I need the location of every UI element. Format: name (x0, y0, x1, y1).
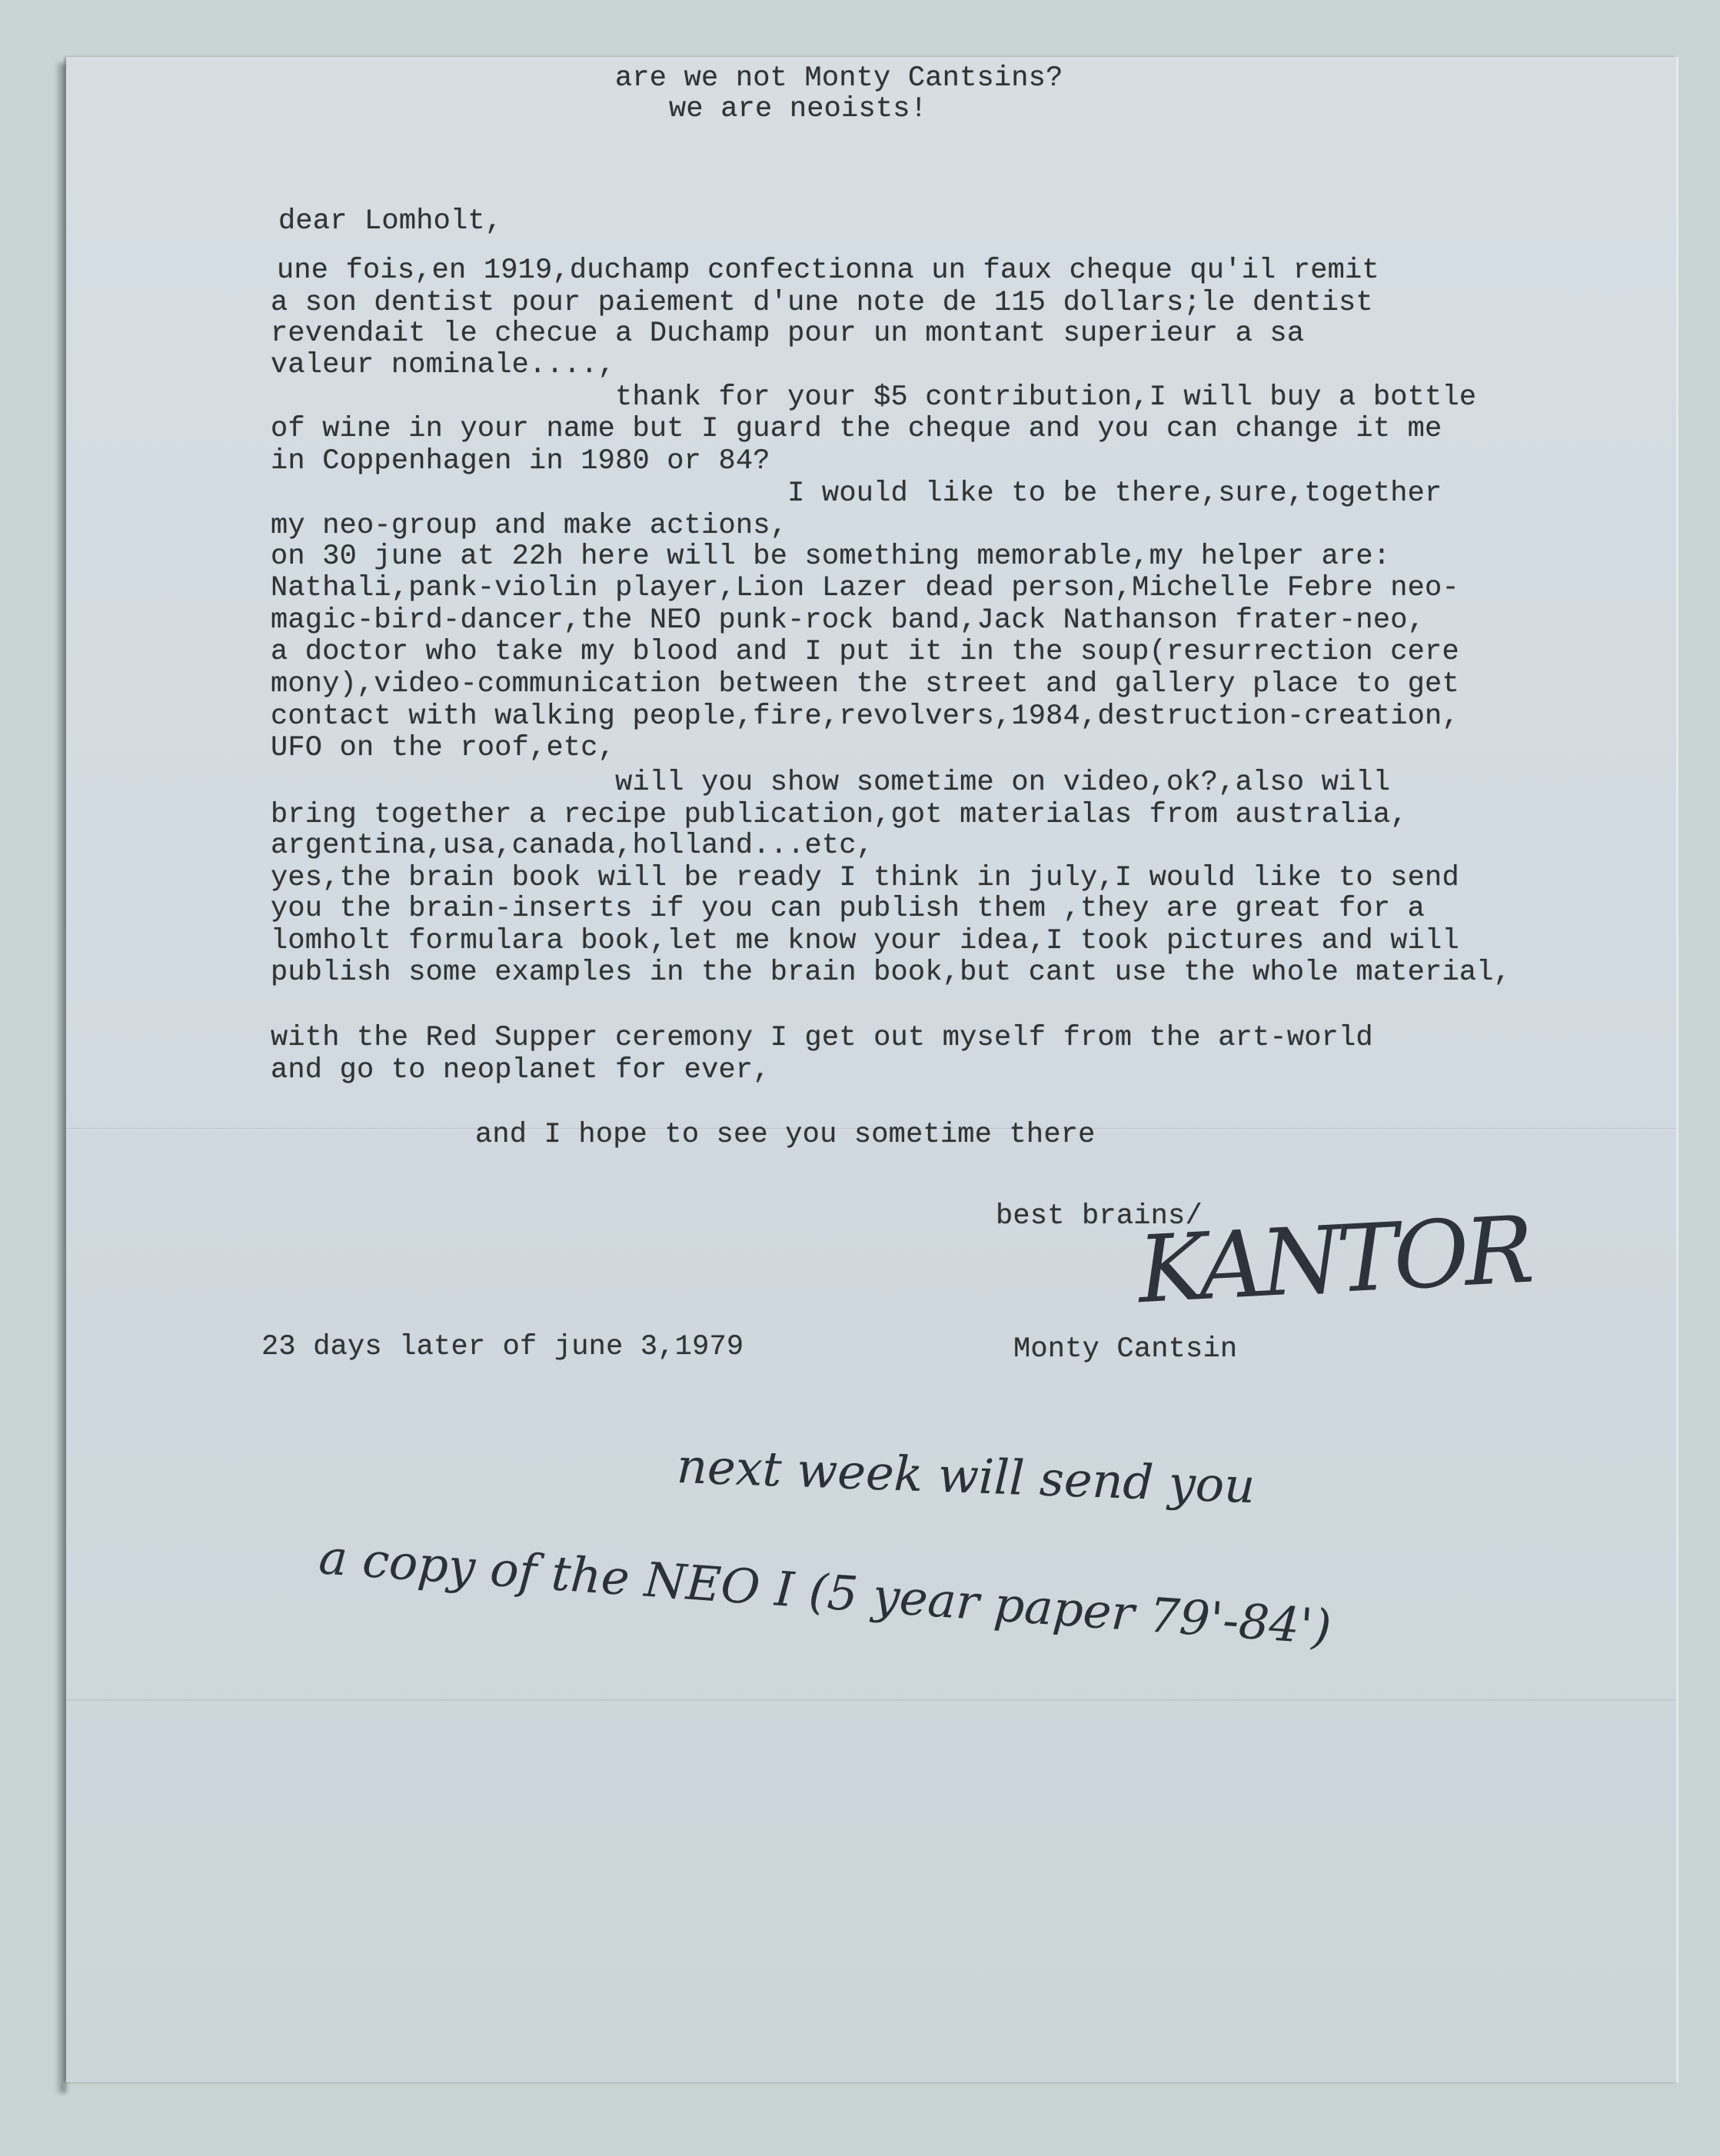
body-line: I would like to be there,sure,together (271, 478, 1442, 509)
hope-line: and I hope to see you sometime there (475, 1120, 1096, 1150)
closing-line-1: with the Red Supper ceremony I get out m… (271, 1023, 1373, 1053)
date-line: 23 days later of june 3,1979 (261, 1332, 744, 1362)
header-line-1: are we not Monty Cantsins? (615, 63, 1063, 94)
body-line: in Coppenhagen in 1980 or 84? (271, 446, 770, 477)
body-line: valeur nominale...., (271, 350, 615, 381)
paper-edge (1676, 57, 1678, 2082)
body-line: yes,the brain book will be ready I think… (271, 863, 1459, 893)
body-line: revendait le checue a Duchamp pour un mo… (271, 318, 1304, 349)
body-line: bring together a recipe publication,got … (271, 800, 1408, 830)
body-line: une fois,en 1919,duchamp confectionna un… (277, 255, 1379, 286)
header-line-2: we are neoists! (669, 94, 927, 125)
body-line: argentina,usa,canada,holland...etc, (271, 830, 873, 861)
body-line: a doctor who take my blood and I put it … (271, 637, 1459, 667)
body-line: of wine in your name but I guard the che… (271, 414, 1442, 444)
handwritten-signature: KANTOR (1136, 1197, 1532, 1324)
body-line: magic-bird-dancer,the NEO punk-rock band… (271, 605, 1425, 636)
body-line: mony),video-communication between the st… (271, 669, 1459, 700)
closing-line-2: and go to neoplanet for ever, (271, 1055, 770, 1086)
typed-name: Monty Cantsin (1013, 1334, 1237, 1365)
body-line: will you show sometime on video,ok?,also… (271, 767, 1390, 798)
paper-shadow (55, 63, 66, 2093)
body-line: Nathali,pank-violin player,Lion Lazer de… (271, 573, 1459, 604)
body-line: publish some examples in the brain book,… (271, 957, 1511, 988)
body-line: a son dentist pour paiement d'une note d… (271, 288, 1373, 318)
body-line: thank for your $5 contribution,I will bu… (271, 382, 1476, 413)
body-line: you the brain-inserts if you can publish… (271, 893, 1425, 924)
body-line: contact with walking people,fire,revolve… (271, 701, 1459, 732)
body-line: lomholt formulara book,let me know your … (271, 926, 1459, 957)
body-line: on 30 june at 22h here will be something… (271, 541, 1390, 572)
body-line: UFO on the roof,etc, (271, 733, 615, 764)
body-line: my neo-group and make actions, (271, 511, 787, 541)
salutation: dear Lomholt, (278, 206, 502, 237)
paper-fold-lower (66, 1699, 1676, 1701)
